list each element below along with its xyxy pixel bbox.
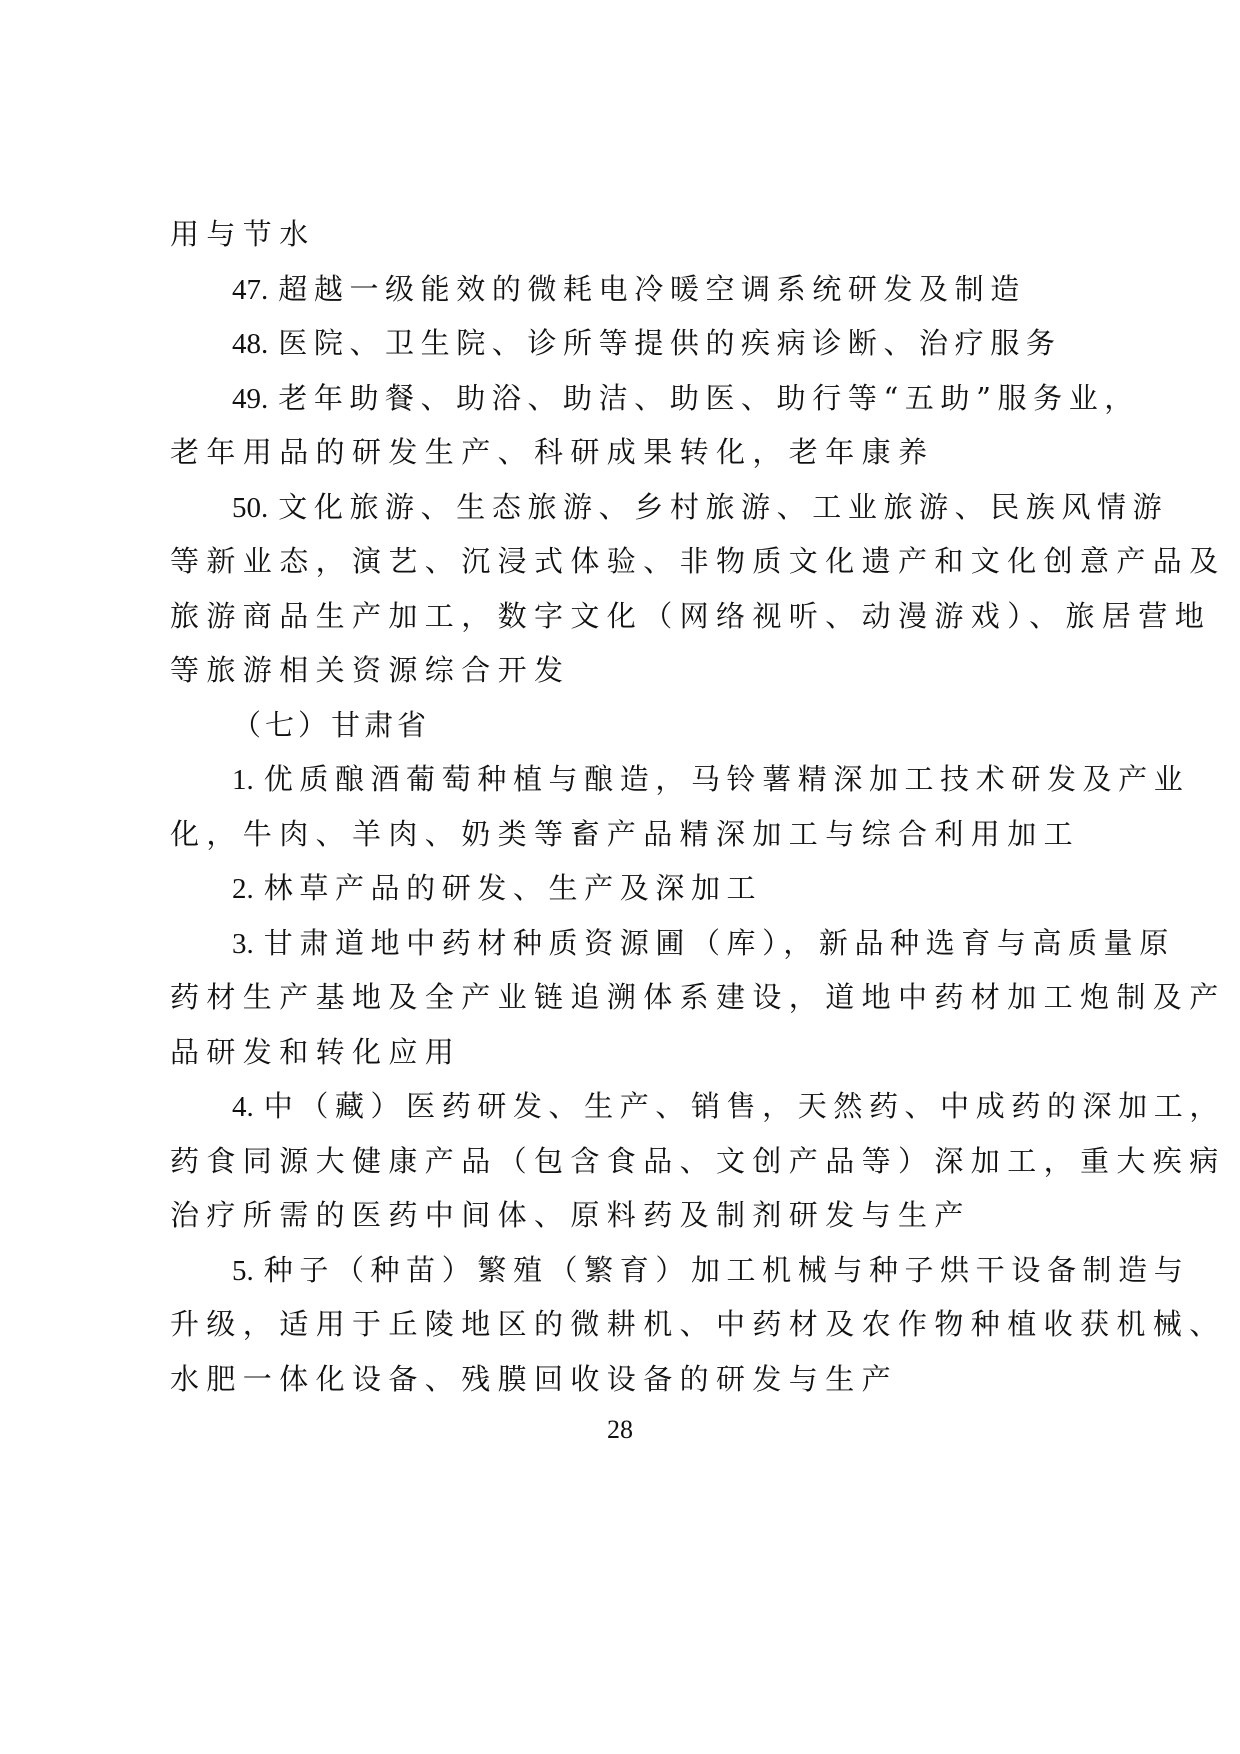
section-item-3-line-2: 药材生产基地及全产业链追溯体系建设，道地中药材加工炮制及产 [170, 977, 1090, 1017]
list-item-50: 50.文化旅游、生态旅游、乡村旅游、工业旅游、民族风情游 [232, 487, 1152, 527]
section-item-3: 3.甘肃道地中药材种质资源圃（库），新品种选育与高质量原 [232, 923, 1152, 963]
item-number: 4. [232, 1091, 254, 1123]
item-number: 1. [232, 764, 254, 796]
section-item-5-line-2: 升级，适用于丘陵地区的微耕机、中药材及农作物种植收获机械、 [170, 1304, 1090, 1344]
item-number: 49. [232, 383, 268, 415]
section-item-2: 2.林草产品的研发、生产及深加工 [232, 868, 1152, 908]
item-number: 2. [232, 873, 254, 905]
item-text: 文化旅游、生态旅游、乡村旅游、工业旅游、民族风情游 [278, 490, 1168, 524]
list-item-47: 47.超越一级能效的微耗电冷暖空调系统研发及制造 [232, 269, 1152, 309]
section-heading: （七）甘肃省 [232, 705, 1152, 745]
section-item-4-line-3: 治疗所需的医药中间体、原料药及制剂研发与生产 [170, 1195, 1090, 1235]
list-item-49: 49.老年助餐、助浴、助洁、助医、助行等“五助”服务业， [232, 378, 1152, 418]
item-number: 48. [232, 328, 268, 360]
list-item-50-line-3: 旅游商品生产加工，数字文化（网络视听、动漫游戏）、旅居营地 [170, 596, 1090, 636]
item-text: 老年助餐、助浴、助洁、助医、助行等“五助”服务业， [278, 381, 1140, 415]
item-text: 甘肃道地中药材种质资源圃（库），新品种选育与高质量原 [264, 926, 1175, 960]
item-text: 优质酿酒葡萄种植与酿造，马铃薯精深加工技术研发及产业 [264, 762, 1190, 796]
list-item-48: 48.医院、卫生院、诊所等提供的疾病诊断、治疗服务 [232, 323, 1152, 363]
section-item-5: 5.种子（种苗）繁殖（繁育）加工机械与种子烘干设备制造与 [232, 1250, 1152, 1290]
list-item-50-line-4: 等旅游相关资源综合开发 [170, 650, 1090, 690]
item-text: 种子（种苗）繁殖（繁育）加工机械与种子烘干设备制造与 [264, 1253, 1190, 1287]
list-item-50-line-2: 等新业态，演艺、沉浸式体验、非物质文化遗产和文化创意产品及 [170, 541, 1090, 581]
section-item-4-line-2: 药食同源大健康产品（包含食品、文创产品等）深加工，重大疾病 [170, 1141, 1090, 1181]
page-number: 28 [0, 1414, 1240, 1446]
section-item-1-line-2: 化，牛肉、羊肉、奶类等畜产品精深加工与综合利用加工 [170, 814, 1090, 854]
item-number: 5. [232, 1255, 254, 1287]
item-text: 林草产品的研发、生产及深加工 [264, 871, 762, 905]
section-item-1: 1.优质酿酒葡萄种植与酿造，马铃薯精深加工技术研发及产业 [232, 759, 1152, 799]
section-item-4: 4.中（藏）医药研发、生产、销售，天然药、中成药的深加工， [232, 1086, 1152, 1126]
section-item-3-line-3: 品研发和转化应用 [170, 1032, 1090, 1072]
item-number: 47. [232, 274, 268, 306]
list-item-49-line-2: 老年用品的研发生产、科研成果转化，老年康养 [170, 432, 1090, 472]
paragraph-continuation: 用与节水 [170, 214, 1090, 254]
item-number: 3. [232, 928, 254, 960]
item-number: 50. [232, 492, 268, 524]
document-page: 用与节水 47.超越一级能效的微耗电冷暖空调系统研发及制造 48.医院、卫生院、… [0, 0, 1240, 1754]
item-text: 超越一级能效的微耗电冷暖空调系统研发及制造 [278, 272, 1026, 306]
item-text: 中（藏）医药研发、生产、销售，天然药、中成药的深加工， [264, 1089, 1225, 1123]
section-item-5-line-3: 水肥一体化设备、残膜回收设备的研发与生产 [170, 1359, 1090, 1399]
item-text: 医院、卫生院、诊所等提供的疾病诊断、治疗服务 [278, 326, 1061, 360]
